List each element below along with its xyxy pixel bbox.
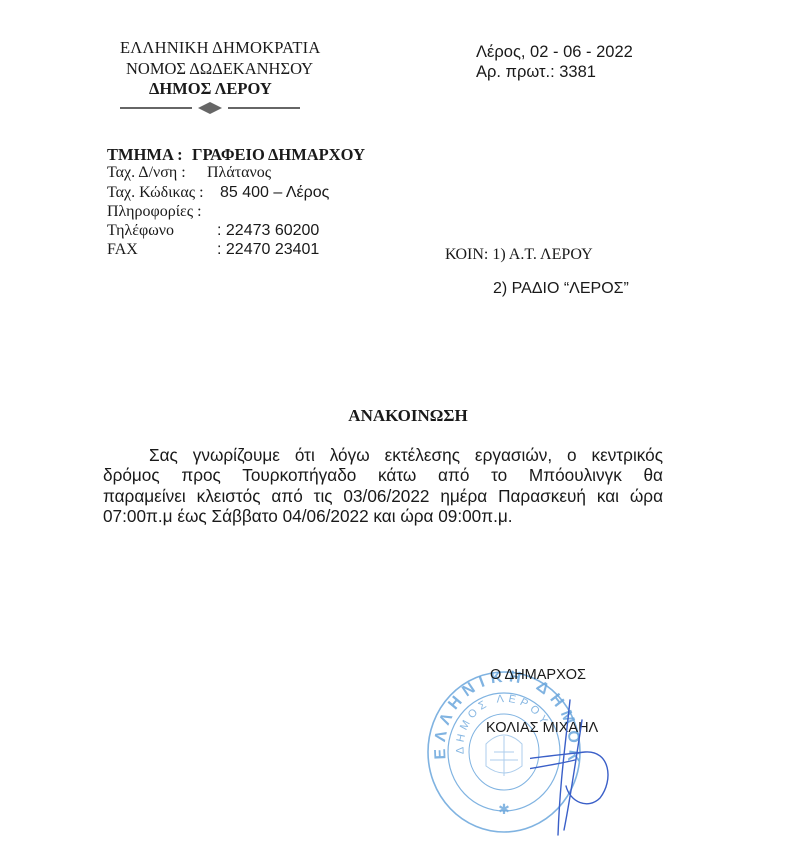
department-line: ΤΜΗΜΑ : ΓΡΑΦΕΙΟ ΔΗΜΑΡΧΟΥ: [107, 145, 183, 165]
announcement-title: ΑΝΑΚΟΙΝΩΣΗ: [0, 406, 800, 426]
announcement-title-text: ΑΝΑΚΟΙΝΩΣΗ: [348, 406, 467, 425]
fax-value: : 22470 23401: [217, 241, 319, 259]
announcement-line: παραμείνει κλειστός από τις 03/06/2022 η…: [103, 486, 663, 506]
phone-row: Τηλέφωνο : 22473 60200: [107, 222, 174, 240]
header-prefecture: ΝΟΜΟΣ ΔΩΔΕΚΑΝΗΣΟΥ: [126, 59, 313, 79]
ornamental-divider: [118, 101, 303, 115]
announcement-body: Σας γνωρίζουμε ότι λόγω εκτέλεσης εργασι…: [103, 445, 663, 526]
zip-label: Ταχ. Κώδικας :: [107, 184, 204, 201]
handwritten-signature-icon: [530, 690, 615, 840]
zip-value: 85 400 – Λέρος: [220, 184, 329, 202]
address-value: Πλάτανος: [207, 164, 271, 182]
announcement-line: Σας γνωρίζουμε ότι λόγω εκτέλεσης εργασι…: [103, 445, 663, 465]
phone-value: : 22473 60200: [217, 222, 319, 240]
address-row: Ταχ. Δ/νση : Πλάτανος: [107, 164, 186, 182]
signer-title: Ο ΔΗΜΑΡΧΟΣ: [490, 667, 586, 683]
fax-row: FAX : 22470 23401: [107, 241, 138, 259]
place-date: Λέρος, 02 - 06 - 2022: [476, 43, 633, 62]
phone-label: Τηλέφωνο: [107, 222, 174, 239]
header-municipality: ΔΗΜΟΣ ΛΕΡΟΥ: [149, 79, 272, 99]
copy-recipient-1: ΚΟΙΝ: 1) Α.Τ. ΛΕΡΟΥ: [445, 246, 593, 264]
announcement-line: 07:00π.μ έως Σάββατο 04/06/2022 και ώρα …: [103, 506, 663, 526]
header-country: ΕΛΛΗΝΙΚΗ ΔΗΜΟΚΡΑΤΙΑ: [120, 38, 320, 58]
info-row: Πληροφορίες :: [107, 203, 202, 221]
announcement-line: δρόμος προς Τουρκοπήγαδο κάτω από το Μπό…: [103, 465, 663, 485]
address-label: Ταχ. Δ/νση :: [107, 164, 186, 181]
protocol-number: Αρ. πρωτ.: 3381: [476, 63, 596, 82]
fax-label: FAX: [107, 241, 138, 258]
department-label: ΤΜΗΜΑ :: [107, 145, 183, 164]
info-label: Πληροφορίες :: [107, 203, 202, 220]
copy-recipient-2: 2) ΡΑΔΙΟ “ΛΕΡΟΣ”: [493, 280, 629, 298]
zip-row: Ταχ. Κώδικας : 85 400 – Λέρος: [107, 184, 204, 202]
svg-text:✱: ✱: [498, 803, 510, 818]
department-value: ΓΡΑΦΕΙΟ ΔΗΜΑΡΧΟΥ: [192, 145, 365, 165]
